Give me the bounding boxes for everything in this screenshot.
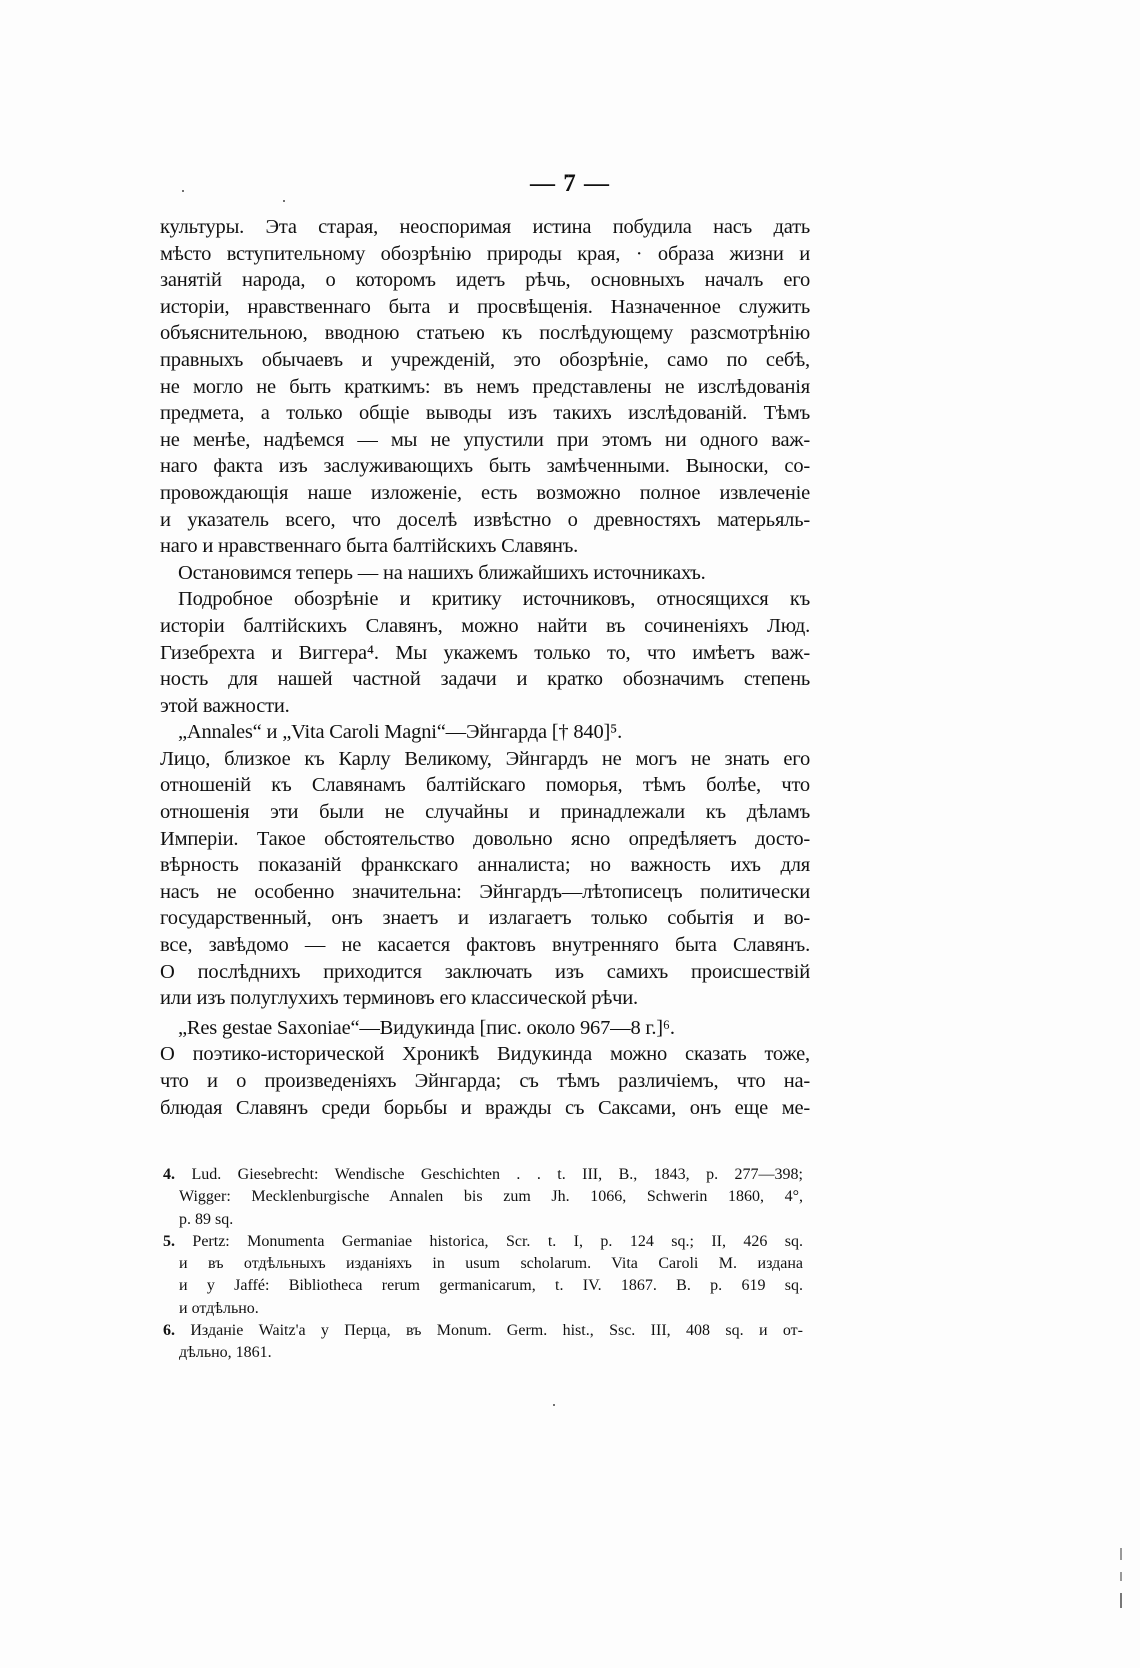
body-line: наго и нравственнаго быта балтійскихъ Сл…: [160, 533, 810, 560]
body-line: исторіи, нравственнаго быта и просвѣщені…: [160, 294, 810, 321]
body-line: О послѣднихъ приходится заключать изъ са…: [160, 959, 810, 986]
body-line: Гизебрехта и Виггера⁴. Мы укажемъ только…: [160, 640, 810, 667]
body-line: отношеній къ Славянамъ балтійскаго помор…: [160, 772, 810, 799]
body-line: Имперіи. Такое обстоятельство довольно я…: [160, 826, 810, 853]
body-line: вѣрность показаній франкскаго анналиста;…: [160, 852, 810, 879]
body-line: провождающія наше изложеніе, есть возмож…: [160, 480, 810, 507]
body-line-paragraph-start: Остановимся теперь — на нашихъ ближайших…: [160, 560, 810, 587]
scan-speck: [182, 190, 184, 192]
body-line: ность для нашей частной задачи и кратко …: [160, 666, 810, 693]
body-line: и указатель всего, что доселѣ извѣстно о…: [160, 507, 810, 534]
footnote-number: 5.: [163, 1233, 175, 1250]
scan-speck: [553, 1404, 555, 1406]
scanned-book-page: — 7 — культуры. Эта старая, неоспоримая …: [0, 0, 1140, 1668]
body-line: государственный, онъ знаетъ и излагаетъ …: [160, 905, 810, 932]
body-line-section-heading: „Res gestae Saxoniae“—Видукинда [пис. ок…: [160, 1015, 810, 1042]
body-line: О поэтико-исторической Хроникѣ Видукинда…: [160, 1041, 810, 1068]
footnote-6: 6. Изданіе Waitz'a у Перца, въ Monum. Ge…: [163, 1320, 803, 1365]
scan-speck: [568, 175, 569, 177]
body-line: все, завѣдомо — не касается фактовъ внут…: [160, 932, 810, 959]
footnote-line: p. 89 sq.: [163, 1209, 803, 1231]
footnote-line: Wigger: Mecklenburgische Annalen bis zum…: [163, 1186, 803, 1208]
body-line-section-heading: „Annales“ и „Vita Caroli Magni“—Эйнгарда…: [160, 719, 810, 746]
footnote-line: 6. Изданіе Waitz'a у Перца, въ Monum. Ge…: [163, 1320, 803, 1342]
body-line: предмета, а только общіе выводы изъ таки…: [160, 400, 810, 427]
footnote-line: 5. Pertz: Monumenta Germaniae historica,…: [163, 1231, 803, 1253]
footnote-5: 5. Pertz: Monumenta Germaniae historica,…: [163, 1231, 803, 1320]
body-line: этой важности.: [160, 693, 810, 720]
footnote-line: 4. Lud. Giesebrecht: Wendische Geschicht…: [163, 1164, 803, 1186]
body-line: блюдая Славянъ среди борьбы и вражды съ …: [160, 1095, 810, 1122]
page-number: — 7 —: [0, 170, 1140, 198]
body-line: объяснительною, вводною статьею къ послѣ…: [160, 320, 810, 347]
footnotes: 4. Lud. Giesebrecht: Wendische Geschicht…: [163, 1164, 803, 1365]
body-line: занятій народа, о которомъ идетъ рѣчь, о…: [160, 267, 810, 294]
body-line: правныхъ обычаевъ и учрежденій, это обоз…: [160, 347, 810, 374]
footnote-line: и въ отдѣльныхъ изданіяхъ in usum schola…: [163, 1253, 803, 1275]
footnote-4: 4. Lud. Giesebrecht: Wendische Geschicht…: [163, 1164, 803, 1231]
body-line: наго факта изъ заслуживающихъ быть замѣч…: [160, 453, 810, 480]
body-line: Лицо, близкое къ Карлу Великому, Эйнгард…: [160, 746, 810, 773]
scan-speck: [283, 200, 285, 202]
body-line: мѣсто вступительному обозрѣнію природы к…: [160, 241, 810, 268]
body-line: не менѣе, надѣемся — мы не упустили при …: [160, 427, 810, 454]
footnote-line: дѣльно, 1861.: [163, 1342, 803, 1364]
body-line: не могло не быть краткимъ: въ немъ предс…: [160, 374, 810, 401]
body-text: культуры. Эта старая, неоспоримая истина…: [160, 214, 810, 1121]
body-line: культуры. Эта старая, неоспоримая истина…: [160, 214, 810, 241]
footnote-number: 4.: [163, 1166, 175, 1183]
body-line: исторіи балтійскихъ Славянъ, можно найти…: [160, 613, 810, 640]
body-line-paragraph-start: Подробное обозрѣніе и критику источников…: [160, 586, 810, 613]
footnote-line: и у Jaffé: Bibliotheca rerum germanicaru…: [163, 1275, 803, 1297]
body-line: насъ не особенно значительна: Эйнгардъ—л…: [160, 879, 810, 906]
body-line: что и о произведеніяхъ Эйнгарда; съ тѣмъ…: [160, 1068, 810, 1095]
body-line: отношенія эти были не случайны и принадл…: [160, 799, 810, 826]
body-line: или изъ полуглухихъ терминовъ его класси…: [160, 985, 810, 1012]
footnote-number: 6.: [163, 1322, 175, 1339]
scan-edge-mark: [1120, 1548, 1122, 1608]
footnote-line: и отдѣльно.: [163, 1298, 803, 1320]
